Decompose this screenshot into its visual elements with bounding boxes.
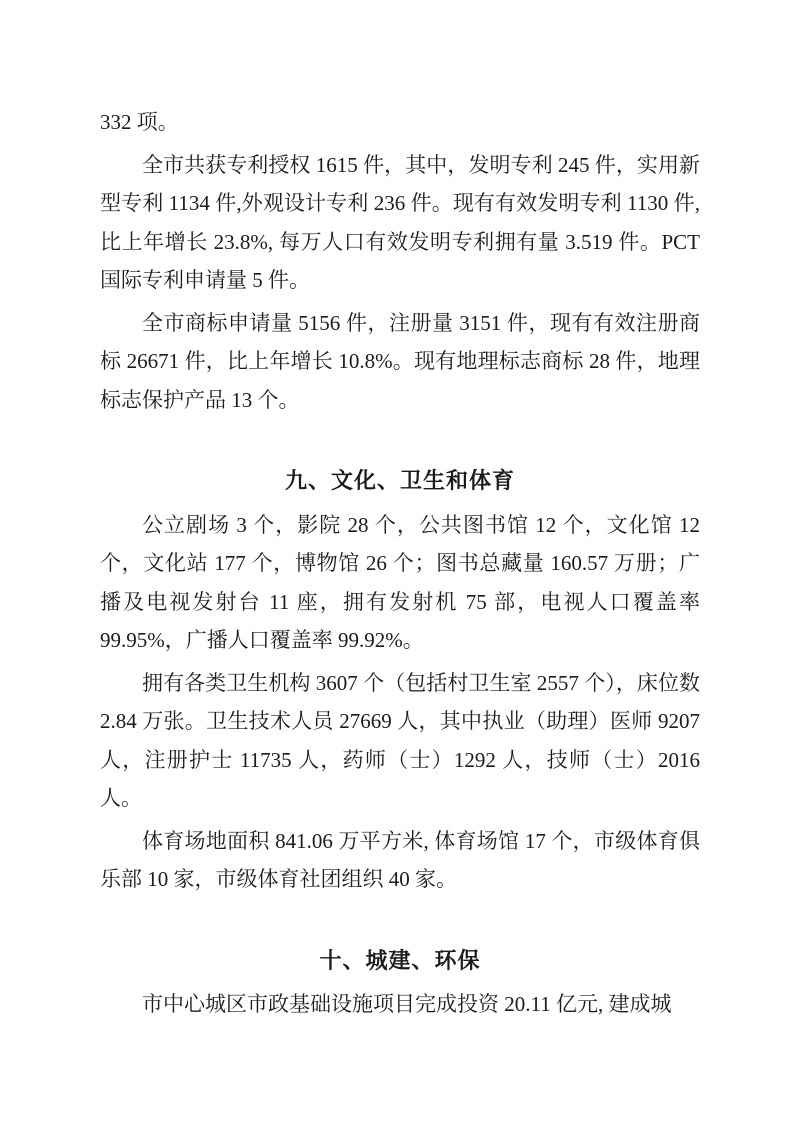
- paragraph-urban-construction: 市中心城区市政基础设施项目完成投资 20.11 亿元, 建成城: [100, 985, 700, 1024]
- body-text-continuation: 332 项。: [100, 103, 700, 142]
- section-heading-urban-environment: 十、城建、环保: [100, 943, 700, 982]
- paragraph-trademarks: 全市商标申请量 5156 件，注册量 3151 件，现有有效注册商标 26671…: [100, 304, 700, 420]
- paragraph-sports: 体育场地面积 841.06 万平方米, 体育场馆 17 个，市级体育俱乐部 10…: [100, 822, 700, 899]
- paragraph-patents: 全市共获专利授权 1615 件，其中，发明专利 245 件，实用新型专利 113…: [100, 146, 700, 300]
- section-heading-culture-health-sports: 九、文化、卫生和体育: [100, 463, 700, 502]
- document-page: 332 项。 全市共获专利授权 1615 件，其中，发明专利 245 件，实用新…: [0, 0, 793, 1122]
- paragraph-culture: 公立剧场 3 个，影院 28 个，公共图书馆 12 个，文化馆 12 个，文化站…: [100, 506, 700, 660]
- paragraph-health: 拥有各类卫生机构 3607 个（包括村卫生室 2557 个），床位数 2.84 …: [100, 664, 700, 818]
